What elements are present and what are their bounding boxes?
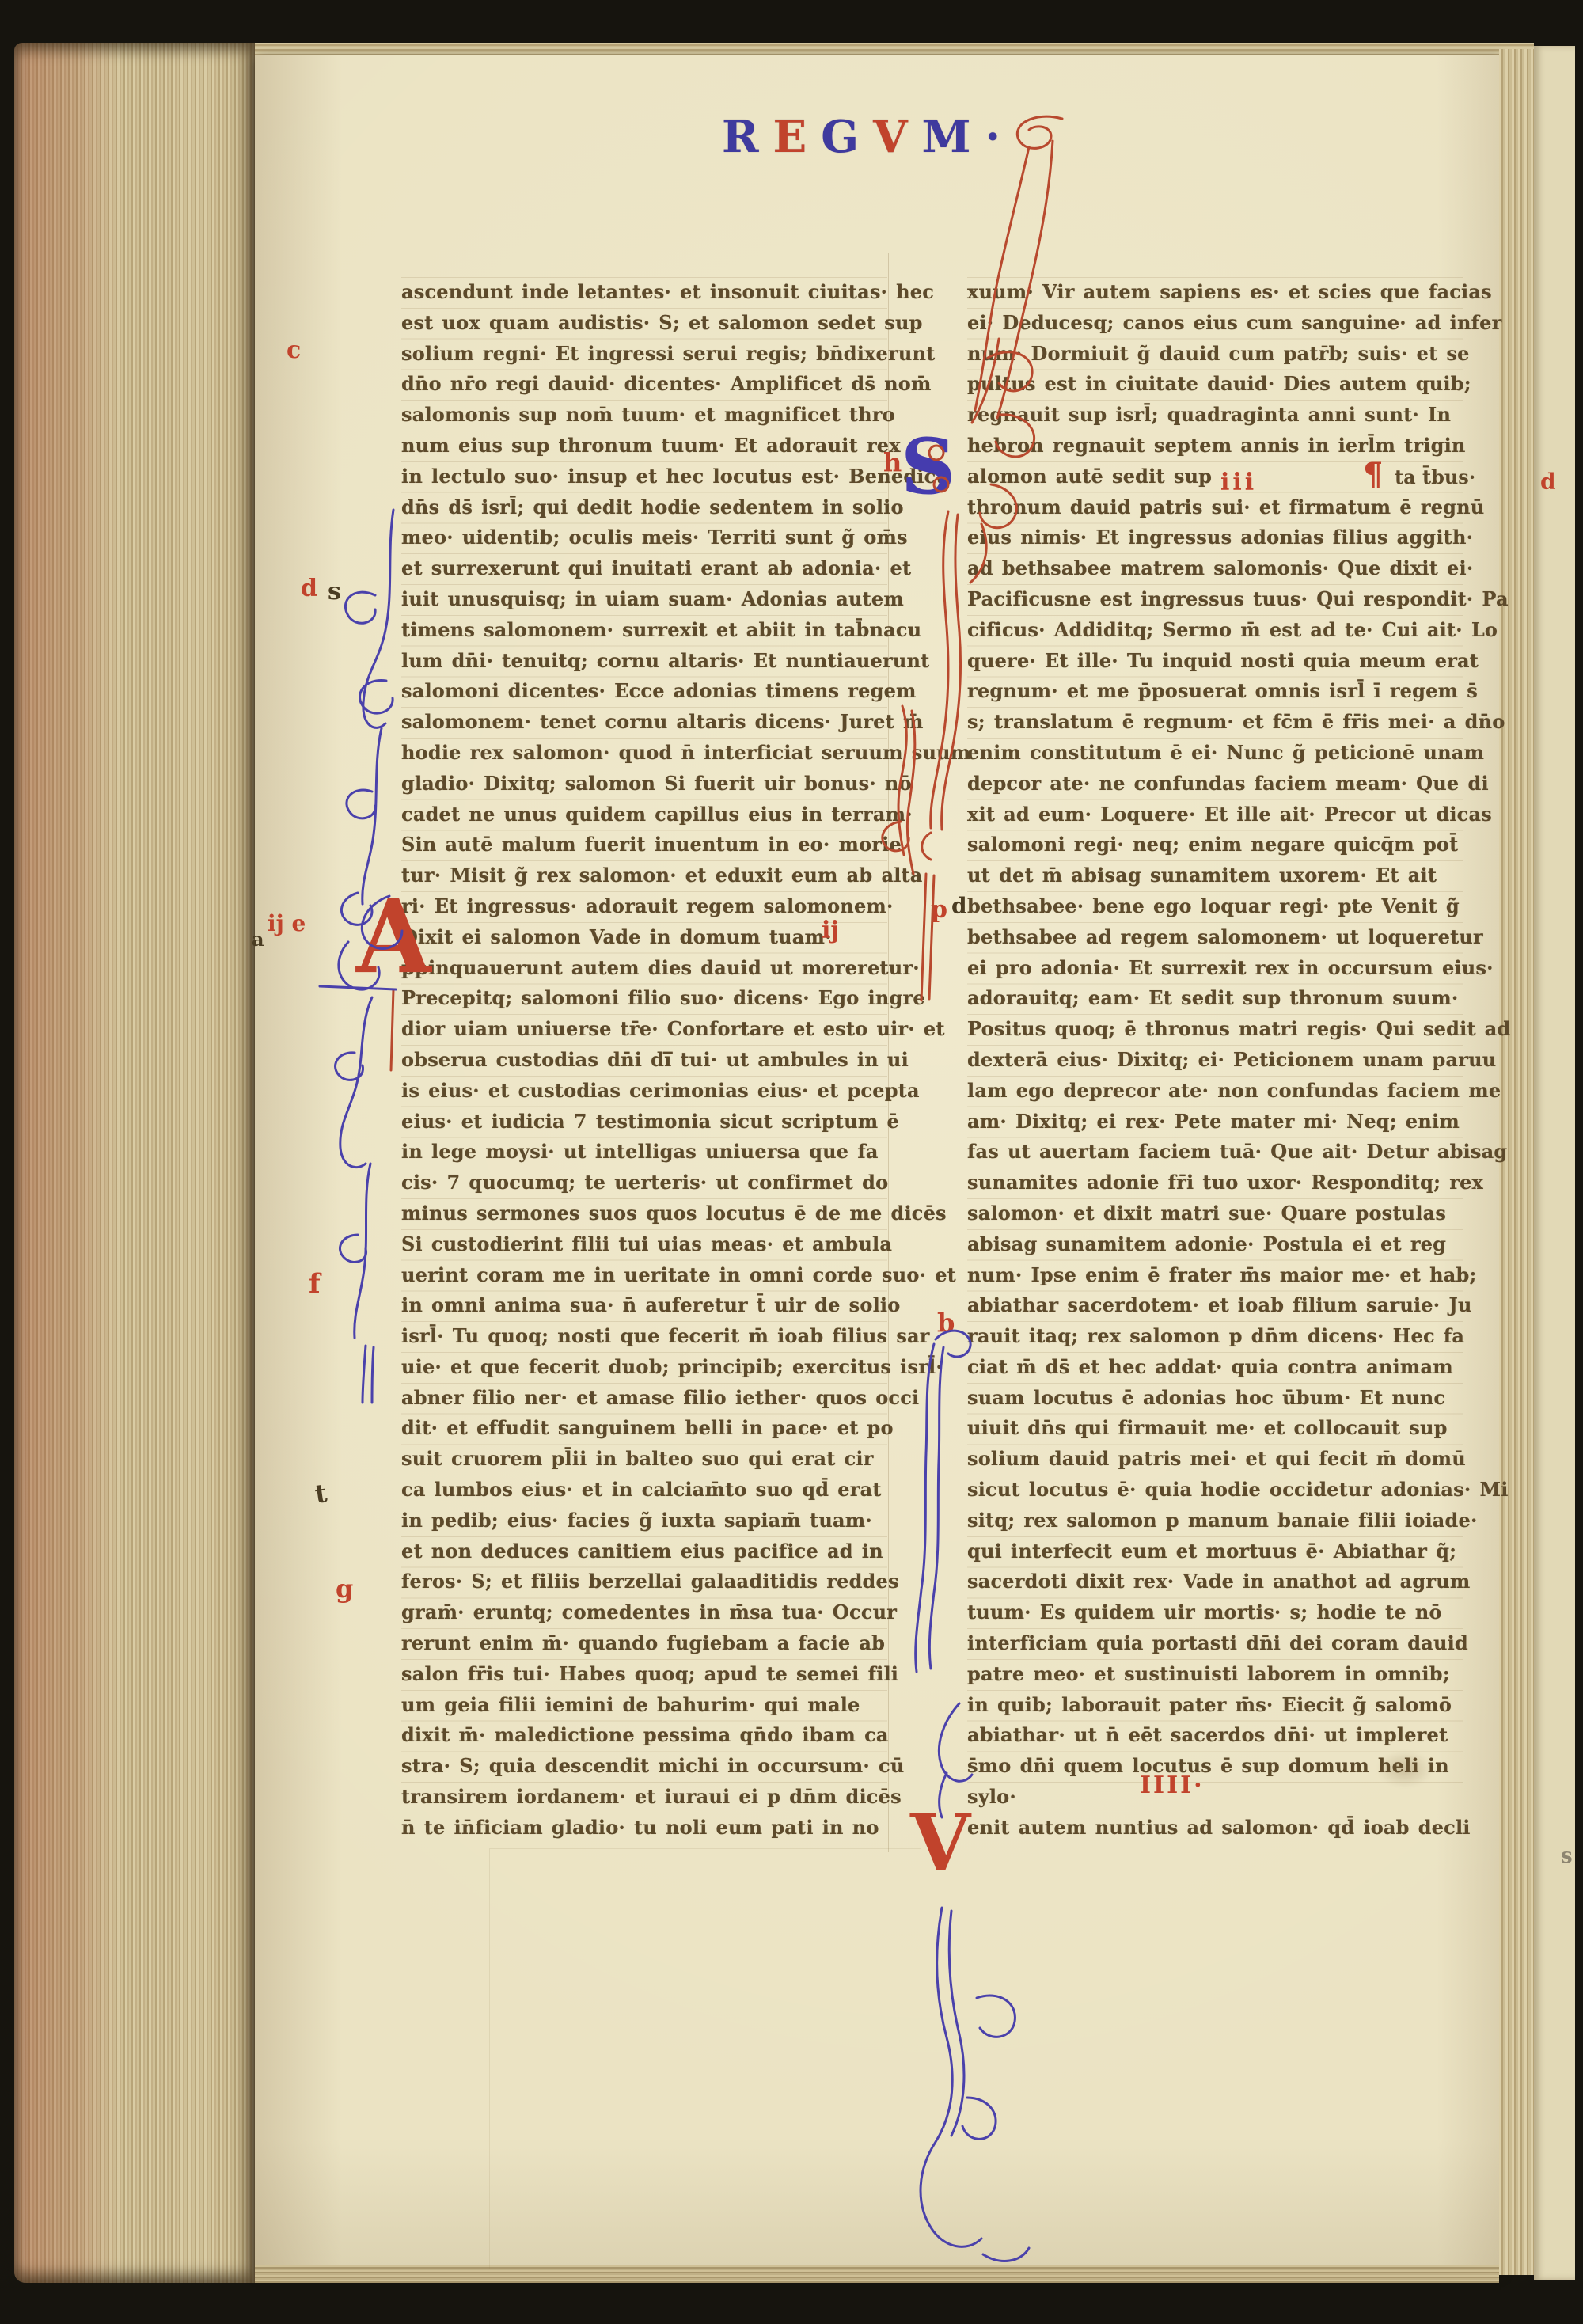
text-line: suit cruorem pl̄ii in balteo suo qui era… — [401, 1444, 887, 1475]
title-letter: R — [722, 111, 761, 163]
text-line: ad bethsabee matrem salomonis· Que dixit… — [967, 553, 1463, 584]
text-line: cis· 7 quocumq; te uerteris· ut confirme… — [401, 1168, 887, 1198]
margin-letter-g: g — [336, 1574, 353, 1604]
text-line: gladio· Dixitq; salomon Si fuerit uir bo… — [401, 769, 887, 799]
initial-A-chapter-2: A — [356, 886, 431, 987]
text-line: hodie rex salomon· quod n̄ interficiat s… — [401, 738, 887, 769]
title-letter: G — [821, 111, 860, 163]
text-line: uie· et que fecerit duob; principib; exe… — [401, 1352, 887, 1383]
text-line: ascendunt inde letantes· et insonuit ciu… — [401, 277, 887, 308]
next-page-strip — [1534, 46, 1575, 2280]
text-line: lum dn̄i· tenuitq; cornu altaris· Et nun… — [401, 646, 887, 677]
text-line: in pedib; eius· facies g̃ iuxta sapiam̄ … — [401, 1506, 887, 1536]
text-line: eius· et iudicia 7 testimonia sicut scri… — [401, 1107, 887, 1137]
page-stack-fore-edge — [14, 43, 255, 2283]
text-line: isrl̄· Tu quoq; nosti que fecerit m̄ ioa… — [401, 1321, 887, 1352]
text-line: thronum dauid patris sui· et firmatum ē … — [967, 492, 1463, 523]
margin-letter-f: f — [309, 1268, 321, 1300]
text-line: is eius· et custodias cerimonias eius· e… — [401, 1076, 887, 1107]
initial-S-chapter-3: S — [901, 429, 955, 505]
text-line: tuum· Es quidem uir mortis· s; hodie te … — [967, 1597, 1463, 1628]
text-line: n̄ te in̄ficiam gladio· tu noli eum pati… — [401, 1813, 887, 1844]
text-line: salomoni dicentes· Ecce adonias timens r… — [401, 676, 887, 707]
text-line: Precepitq; salomoni filio suo· dicens· E… — [401, 983, 887, 1014]
text-line: enim constitutum ē ei· Nunc g̃ peticionē… — [967, 738, 1463, 769]
title-letter: E — [773, 111, 809, 163]
text-line: minus sermones suos quos locutus ē de me… — [401, 1198, 887, 1229]
text-line: transirem iordanem· et iuraui ei p dn̄m … — [401, 1782, 887, 1813]
text-line: enit autem nuntius ad salomon· qd̄ ioab … — [967, 1813, 1463, 1844]
text-line: sitq; rex salomon p manum banaie filii i… — [967, 1506, 1463, 1536]
margin-letter-d: d — [951, 893, 967, 919]
text-line: num· Ipse enim ē frater m̄s maior me· et… — [967, 1260, 1463, 1291]
text-line: fas ut auertam faciem tuā· Que ait· Detu… — [967, 1137, 1463, 1168]
text-line: pultus est in ciuitate dauid· Dies autem… — [967, 369, 1463, 400]
margin-letter-d: d — [301, 575, 317, 602]
text-line: num· Dormiuit g̃ dauid cum patr̄b; suis·… — [967, 339, 1463, 370]
text-line: tur· Misit g̃ rex salomon· et eduxit eum… — [401, 860, 887, 891]
text-line: rauit itaq; rex salomon p dn̄m dicens· H… — [967, 1321, 1463, 1352]
text-line: um geia filii iemini de bahurim· qui mal… — [401, 1690, 887, 1721]
text-line: hebron regnauit septem annis in ierl̄m t… — [967, 431, 1463, 461]
text-line: adorauitq; eam· Et sedit sup thronum suu… — [967, 983, 1463, 1014]
chapter-numeral-iiii: IIII· — [1140, 1771, 1205, 1799]
text-line: timens salomonem· surrexit et abiit in t… — [401, 615, 887, 646]
text-line: salon fr̄is tui· Habes quoq; apud te sem… — [401, 1659, 887, 1690]
text-line: sacerdoti dixit rex· Vade in anathot ad … — [967, 1566, 1463, 1597]
manuscript-photo: REGVM · ascendunt inde letantes· et inso… — [0, 0, 1583, 2324]
edge-letter-s: s — [1561, 1844, 1573, 1868]
chapter-numeral-ii: ij — [822, 917, 839, 944]
margin-letter-a: a — [252, 928, 264, 951]
text-column-left: ascendunt inde letantes· et insonuit ciu… — [401, 277, 887, 1844]
text-line: xit ad eum· Loquere· Et ille ait· Precor… — [967, 799, 1463, 830]
text-line: ut det m̄ abisag sunamitem uxorem· Et ai… — [967, 860, 1463, 891]
text-line: patre meo· et sustinuisti laborem in omn… — [967, 1659, 1463, 1690]
text-line: abner filio ner· et amase filio iether· … — [401, 1383, 887, 1414]
text-line: regnum· et me p̄posuerat omnis isrl̄ ī r… — [967, 676, 1463, 707]
text-line: ri· Et ingressus· adorauit regem salomon… — [401, 891, 887, 922]
text-line: et surrexerunt qui inuitati erant ab ado… — [401, 553, 887, 584]
text-line: solium regni· Et ingressi serui regis; b… — [401, 339, 887, 370]
text-line: ei pro adonia· Et surrexit rex in occurs… — [967, 953, 1463, 984]
initial-V-chapter-4: V — [910, 1805, 970, 1882]
text-line: in quib; laborauit pater m̄s· Eiecit g̃ … — [967, 1690, 1463, 1721]
text-line: est uox quam audistis· S; et salomon sed… — [401, 308, 887, 339]
text-line: dexterā eius· Dixitq; ei· Peticionem una… — [967, 1045, 1463, 1076]
chapter-numeral-iii: iii — [1220, 469, 1257, 496]
text-line: rerunt enim m̄· quando fugiebam a facie … — [401, 1628, 887, 1659]
text-line: uiuit dn̄s qui firmauit me· et collocaui… — [967, 1413, 1463, 1444]
text-line: am· Dixitq; ei rex· Pete mater mi· Neq; … — [967, 1107, 1463, 1137]
title-period: · — [985, 111, 1003, 163]
text-line: qui interfecit eum et mortuus ē· Abiatha… — [967, 1536, 1463, 1567]
text-line: salomonis sup nom̄ tuum· et magnificet t… — [401, 400, 887, 431]
text-line: sunamites adonie fr̄i tuo uxor· Respondi… — [967, 1168, 1463, 1198]
text-line: quere· Et ille· Tu inquid nosti quia meu… — [967, 646, 1463, 677]
text-line: Positus quoq; ē thronus matri regis· Qui… — [967, 1014, 1463, 1045]
text-line: iuit unusquisq; in uiam suam· Adonias au… — [401, 584, 887, 615]
text-line: xuum· Vir autem sapiens es· et scies que… — [967, 277, 1463, 308]
text-line: Pacificusne est ingressus tuus· Qui resp… — [967, 584, 1463, 615]
margin-chapter-note-ij-e: ij e — [268, 910, 306, 936]
running-title-letters: REGVM — [722, 111, 973, 163]
text-line: Dixit ei salomon Vade in domum tuam· — [401, 922, 887, 953]
text-line: abiathar sacerdotem· et ioab filium saru… — [967, 1290, 1463, 1321]
edge-letter-d: d — [1540, 469, 1556, 495]
text-line: uerint coram me in ueritate in omni cord… — [401, 1260, 887, 1291]
text-line: sicut locutus ē· quia hodie occidetur ad… — [967, 1475, 1463, 1506]
title-letter: V — [873, 111, 909, 163]
text-line: abisag sunamitem adonie· Postula ei et r… — [967, 1229, 1463, 1260]
text-line: suam locutus ē adonias hoc ūbum· Et nunc — [967, 1383, 1463, 1414]
text-line: salomon· et dixit matri sue· Quare postu… — [967, 1198, 1463, 1229]
text-line: eius nimis· Et ingressus adonias filius … — [967, 522, 1463, 553]
text-line: in lege moysi· ut intelligas uniuersa qu… — [401, 1137, 887, 1168]
text-line: s; translatum ē regnum· et fc̄m ē fr̄is … — [967, 707, 1463, 738]
text-line: dit· et effudit sanguinem belli in pace·… — [401, 1413, 887, 1444]
margin-letter-b: b — [937, 1308, 955, 1338]
text-line: et non deduces canitiem eius pacifice ad… — [401, 1536, 887, 1567]
text-line: ca lumbos eius· et in calciam̄to suo qd̄… — [401, 1475, 887, 1506]
text-line: interficiam quia portasti dn̄i dei coram… — [967, 1628, 1463, 1659]
rule-line — [400, 253, 400, 1852]
text-line: dixit m̄· maledictione pessima qn̄do iba… — [401, 1720, 887, 1751]
text-line: bethsabee ad regem salomonem· ut loquere… — [967, 922, 1463, 953]
text-line: regnauit sup isrl̄; quadraginta anni sun… — [967, 400, 1463, 431]
text-line: depcor ate· ne confundas faciem meam· Qu… — [967, 769, 1463, 799]
text-line: cadet ne unus quidem capillus eius in te… — [401, 799, 887, 830]
text-line: in omni anima sua· n̄ auferetur t̄ uir d… — [401, 1290, 887, 1321]
text-line: in lectulo suo· insup et hec locutus est… — [401, 461, 887, 492]
margin-letter-s: s — [328, 578, 341, 606]
text-line: ei· Deducesq; canos eius cum sanguine· a… — [967, 308, 1463, 339]
pilcrow-mark: ¶ — [1363, 456, 1383, 493]
text-line: salomoni regi· neq; enim negare quicq̄m … — [967, 830, 1463, 860]
text-line: Sin autē malum fuerit inuentum in eo· mo… — [401, 830, 887, 860]
text-line: salomonem· tenet cornu altaris dicens· J… — [401, 707, 887, 738]
text-line: gram̄· eruntq; comedentes in m̄sa tua· O… — [401, 1597, 887, 1628]
text-line: abiathar· ut n̄ eēt sacerdos dn̄i· ut im… — [967, 1720, 1463, 1751]
margin-letter-p: p — [931, 896, 947, 924]
text-line: dn̄o nr̄o regi dauid· dicentes· Amplific… — [401, 369, 887, 400]
text-line: ciat m̄ ds̄ et hec addat· quia contra an… — [967, 1352, 1463, 1383]
text-line: meo· uidentib; oculis meis· Territi sunt… — [401, 522, 887, 553]
text-line: lam ego deprecor ate· non confundas faci… — [967, 1076, 1463, 1107]
rule-line — [966, 253, 966, 1852]
text-column-right: xuum· Vir autem sapiens es· et scies que… — [967, 277, 1463, 1844]
text-line: solium dauid patris mei· et qui fecit m̄… — [967, 1444, 1463, 1475]
text-line: stra· S; quia descendit michi in occursu… — [401, 1751, 887, 1782]
text-line: ppinquauerunt autem dies dauid ut morere… — [401, 953, 887, 984]
text-line: dior uiam uniuerse tr̄e· Confortare et e… — [401, 1014, 887, 1045]
blind-ruling-box — [489, 1848, 921, 2269]
text-line: feros· S; et filiis berzellai galaaditid… — [401, 1566, 887, 1597]
text-line: Si custodierint filii tui uias meas· et … — [401, 1229, 887, 1260]
margin-letter-c: c — [287, 336, 301, 364]
title-letter: M — [922, 111, 973, 163]
ink-smudge — [1377, 1751, 1433, 1787]
line-end-fragment: ta t̄bus· — [1395, 465, 1475, 488]
text-line: dn̄s ds̄ isrl̄; qui dedit hodie sedentem… — [401, 492, 887, 523]
guide-letter-h: h — [883, 447, 902, 477]
text-line: cificus· Addiditq; Sermo m̄ est ad te· C… — [967, 615, 1463, 646]
text-line: num eius sup thronum tuum· Et adorauit r… — [401, 431, 887, 461]
text-line: alomon autē sedit sup — [967, 461, 1463, 492]
text-line: obserua custodias dn̄i di̅ tui· ut ambul… — [401, 1045, 887, 1076]
text-line: bethsabee· bene ego loquar regi· pte Ven… — [967, 891, 1463, 922]
running-title: REGVM · — [722, 111, 1002, 163]
text-line: sylo· — [967, 1782, 1463, 1813]
